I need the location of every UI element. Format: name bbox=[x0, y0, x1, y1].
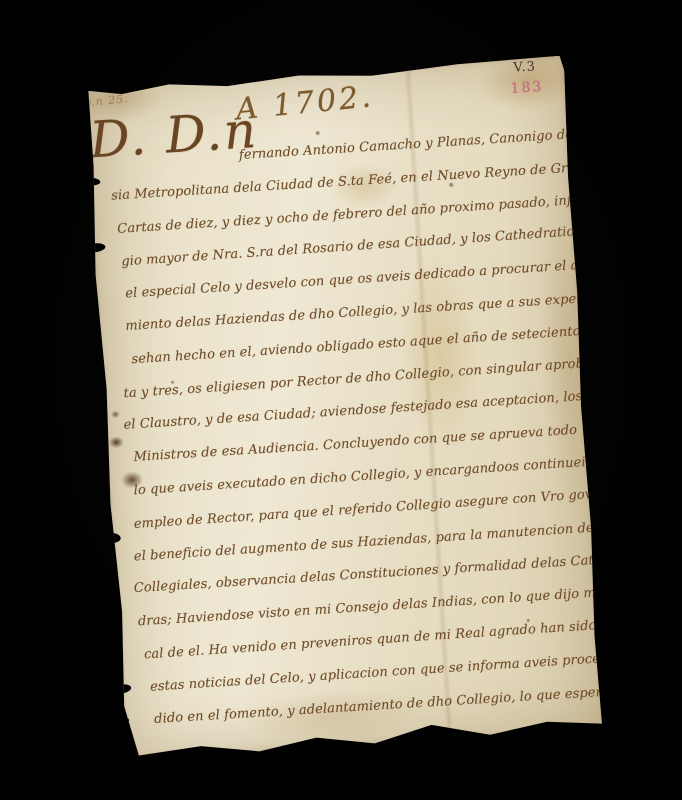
ink-blot bbox=[111, 410, 120, 419]
binding-notch bbox=[111, 683, 132, 695]
binding-notch bbox=[83, 242, 106, 254]
manuscript-text: fernando Antonio Camacho y Planas, Canon… bbox=[107, 128, 595, 746]
ink-speck bbox=[316, 131, 320, 135]
binding-notch bbox=[80, 177, 100, 186]
binding-notch bbox=[115, 716, 129, 723]
ink-blot bbox=[108, 436, 124, 449]
binding-notch bbox=[103, 533, 121, 543]
manuscript-paper: v.n 25. V.3 183 A 1702. D. D.n fernando … bbox=[82, 56, 605, 761]
